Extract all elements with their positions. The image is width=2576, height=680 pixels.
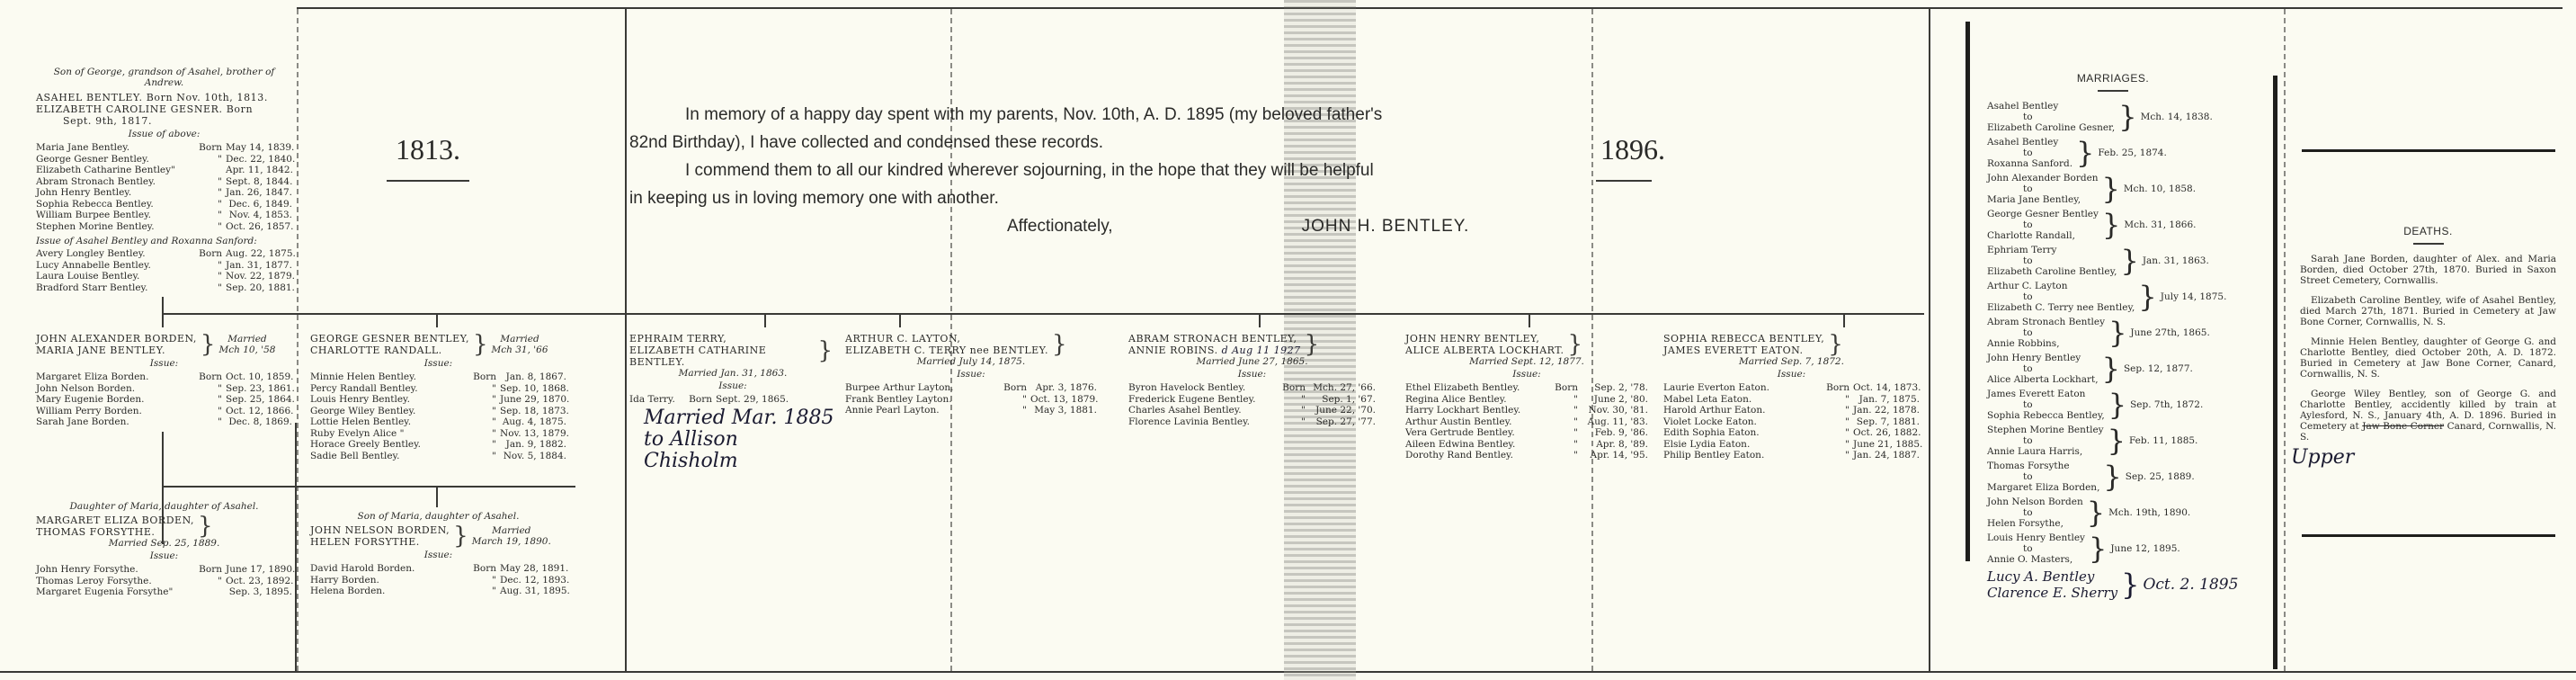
list-item: Lucy Annabelle Bentley."Jan. 31, 1877. bbox=[36, 260, 292, 272]
list-item: John Henry Bentley."Jan. 26, 1847. bbox=[36, 187, 292, 199]
issue-heading: Issue: bbox=[36, 550, 292, 561]
deaths-title: DEATHS. bbox=[2300, 225, 2556, 237]
brace-icon: } bbox=[2120, 247, 2138, 274]
list-item: Arthur Austin Bentley."Aug. 11, '83. bbox=[1405, 416, 1648, 428]
list-item: George Gesner Bentley."Dec. 22, 1840. bbox=[36, 154, 292, 166]
marriage-entry: James Everett EatontoSophia Rebecca Bent… bbox=[1987, 389, 2275, 421]
brace-icon: } bbox=[1567, 334, 1582, 355]
list-item: Harry Lockhart Bentley."Nov. 30, '81. bbox=[1405, 405, 1648, 416]
husband-name: ABRAM STRONACH BENTLEY, bbox=[1128, 333, 1301, 344]
death-entry: Elizabeth Caroline Bentley, wife of Asah… bbox=[2300, 295, 2556, 327]
list-item: Elsie Lydia Eaton."June 21, 1885. bbox=[1663, 439, 1920, 451]
brace-icon: } bbox=[2138, 283, 2156, 310]
issue-heading: Issue: bbox=[310, 358, 566, 369]
handwritten-name-b: Clarence E. Sherry bbox=[1987, 585, 2117, 601]
married-label: Married bbox=[218, 334, 275, 344]
wife-name: HELEN FORSYTHE. bbox=[310, 536, 450, 548]
husband-name: SOPHIA REBECCA BENTLEY, bbox=[1663, 333, 1824, 344]
root-line1: ASAHEL BENTLEY. Born Nov. 10th, 1813. bbox=[36, 92, 292, 103]
couple-heading: JOHN HENRY BENTLEY,ALICE ALBERTA LOCKHAR… bbox=[1405, 333, 1648, 356]
married-line: Married Sept. 12, 1877. bbox=[1405, 356, 1648, 367]
list-item: Philip Bentley Eaton."Jan. 24, 1887. bbox=[1663, 450, 1920, 461]
list-item: Lottie Helen Bentley."Aug. 4, 1875. bbox=[310, 416, 566, 428]
family-john-henry: JOHN HENRY BENTLEY,ALICE ALBERTA LOCKHAR… bbox=[1405, 333, 1648, 461]
list-item: George Wiley Bentley."Sep. 18, 1873. bbox=[310, 406, 566, 417]
list-item: Vera Gertrude Bentley."Feb. 9, '86. bbox=[1405, 427, 1648, 439]
brace-icon: } bbox=[2108, 319, 2126, 346]
marriage-entry: Louis Henry BentleytoAnnie O. Masters,}J… bbox=[1987, 532, 2275, 565]
married-date: Mch 31, '66 bbox=[492, 344, 548, 355]
tree-connector-borden-children bbox=[162, 486, 301, 488]
couple-heading: EPHRAIM TERRY,ELIZABETH CATHARINE BENTLE… bbox=[629, 333, 836, 368]
root-family-block: Son of George, grandson of Asahel, broth… bbox=[36, 67, 292, 293]
family-eaton: SOPHIA REBECCA BENTLEY,JAMES EVERETT EAT… bbox=[1663, 333, 1920, 461]
list-item: Percy Randall Bentley."Sep. 10, 1868. bbox=[310, 383, 566, 395]
couple-heading: MARGARET ELIZA BORDEN,THOMAS FORSYTHE. } bbox=[36, 514, 292, 538]
handwritten-note: Married Mar. 1885 to Allison Chisholm bbox=[629, 407, 836, 472]
issue-heading: Issue: bbox=[36, 358, 292, 369]
list-item: Avery Longley Bentley.BornAug. 22, 1875. bbox=[36, 248, 292, 260]
couple-heading: SOPHIA REBECCA BENTLEY,JAMES EVERETT EAT… bbox=[1663, 333, 1920, 356]
handwritten-correction: Upper bbox=[2291, 446, 2556, 469]
brace-icon: } bbox=[2087, 499, 2105, 526]
married-label: Married bbox=[492, 334, 548, 344]
marriages-panel: MARRIAGES. Asahel BentleytoElizabeth Car… bbox=[1987, 72, 2275, 604]
brace-icon: } bbox=[2102, 211, 2120, 238]
husband-name: JOHN NELSON BORDEN, bbox=[310, 524, 450, 536]
wife-name: CHARLOTTE RANDALL. bbox=[310, 344, 469, 356]
list-item: Frank Bentley Layton."Oct. 13, 1879. bbox=[845, 394, 1097, 406]
issue-heading: Issue: bbox=[1405, 369, 1648, 380]
married-line: Married Jan. 31, 1863. bbox=[629, 368, 836, 379]
family-forsythe: Daughter of Maria, daughter of Asahel. M… bbox=[36, 501, 292, 598]
marriages-left-rule-lower bbox=[1965, 282, 1970, 561]
brace-icon: } bbox=[2108, 427, 2126, 454]
list-item: Dorothy Rand Bentley."Apr. 14, '95. bbox=[1405, 450, 1648, 461]
issue-heading: Issue: bbox=[845, 369, 1097, 380]
list-item: Horace Greely Bentley."Jan. 9, 1882. bbox=[310, 439, 566, 451]
marriage-entry: Stephen Morine BentleytoAnnie Laura Harr… bbox=[1987, 425, 2275, 457]
root-issue2-heading: Issue of Asahel Bentley and Roxanna Sanf… bbox=[36, 236, 292, 246]
family-terry: EPHRAIM TERRY,ELIZABETH CATHARINE BENTLE… bbox=[629, 333, 836, 472]
list-item: Aileen Edwina Bentley."Apr. 8, '89. bbox=[1405, 439, 1648, 451]
handwritten-date: Oct. 2. 1895 bbox=[2143, 576, 2238, 594]
husband-name: EPHRAIM TERRY, bbox=[629, 333, 814, 344]
list-item: Harold Arthur Eaton."Jan. 22, 1878. bbox=[1663, 405, 1920, 416]
list-item: Margaret Eugenia Forsythe"Sep. 3, 1895. bbox=[36, 586, 292, 598]
brace-icon: } bbox=[2076, 139, 2094, 166]
married-date: Mch 10, '58 bbox=[218, 344, 275, 355]
death-entry: George Wiley Bentley, son of George G. a… bbox=[2300, 389, 2556, 443]
family-george-gesner: GEORGE GESNER BENTLEY,CHARLOTTE RANDALL.… bbox=[310, 333, 566, 461]
root-issue2-list: Avery Longley Bentley.BornAug. 22, 1875.… bbox=[36, 248, 292, 293]
list-item: William Perry Borden."Oct. 12, 1866. bbox=[36, 406, 292, 417]
list-item: Mary Eugenie Borden."Sep. 25, 1864. bbox=[36, 394, 292, 406]
memorial-left-border bbox=[625, 9, 627, 671]
marriage-entry: Ephriam TerrytoElizabeth Caroline Bentle… bbox=[1987, 245, 2275, 277]
husband-name: GEORGE GESNER BENTLEY, bbox=[310, 333, 469, 344]
list-item: Harry Borden."Dec. 12, 1893. bbox=[310, 575, 566, 586]
brace-icon: } bbox=[1305, 334, 1320, 355]
brace-icon: } bbox=[1828, 334, 1843, 355]
tree-connector-borden-side bbox=[295, 423, 297, 671]
couple-heading: ABRAM STRONACH BENTLEY,ANNIE ROBINS. d A… bbox=[1128, 333, 1376, 356]
brace-icon: } bbox=[2102, 355, 2120, 382]
marriage-entry: John Henry BentleytoAlice Alberta Lockha… bbox=[1987, 353, 2275, 385]
struck-text: Jaw Bone Corner bbox=[2362, 421, 2444, 432]
list-item: Annie Pearl Layton."May 3, 1881. bbox=[845, 405, 1097, 416]
tree-connector-layton bbox=[899, 313, 901, 327]
memorial-line3: I commend them to all our kindred wherev… bbox=[629, 157, 1924, 184]
brace-icon: } bbox=[2089, 535, 2107, 562]
tree-connector-terry bbox=[764, 313, 766, 327]
grandchild-caption: Son of Maria, daughter of Asahel. bbox=[310, 511, 566, 522]
marriage-entry-handwritten: Lucy A. BentleyClarence E. Sherry } Oct.… bbox=[1987, 568, 2275, 601]
tree-connector-main bbox=[162, 313, 1924, 315]
wife-name: ELIZABETH C. TERRY nee BENTLEY. bbox=[845, 344, 1048, 356]
brace-icon: } bbox=[198, 515, 213, 537]
list-item: Violet Locke Eaton."Sep. 7, 1881. bbox=[1663, 416, 1920, 428]
tree-connector-borden bbox=[162, 313, 164, 327]
deaths-panel: DEATHS. Sarah Jane Borden, daughter of A… bbox=[2300, 225, 2556, 469]
list-item: Florence Lavinia Bentley."Sep. 27, '77. bbox=[1128, 416, 1376, 428]
deaths-title-rule bbox=[2413, 243, 2444, 245]
wife-name: MARIA JANE BENTLEY. bbox=[36, 344, 197, 356]
list-item: Sophia Rebecca Bentley."Dec. 6, 1849. bbox=[36, 199, 292, 210]
list-item: Sarah Jane Borden."Dec. 8, 1869. bbox=[36, 416, 292, 428]
brace-icon: } bbox=[1052, 334, 1067, 355]
handwritten-line1: Married Mar. 1885 bbox=[644, 407, 836, 429]
marriage-entry: John Alexander BordentoMaria Jane Bentle… bbox=[1987, 173, 2275, 205]
list-item: Thomas Leroy Forsythe."Oct. 23, 1892. bbox=[36, 576, 292, 587]
fold-line-1 bbox=[297, 9, 299, 671]
memorial-signature: JOHN H. BENTLEY. bbox=[1302, 212, 1470, 240]
married-date: March 19, 1890. bbox=[472, 536, 551, 547]
married-line: Married Sep. 7, 1872. bbox=[1663, 356, 1920, 367]
husband-name: ARTHUR C. LAYTON, bbox=[845, 333, 1048, 344]
wife-name: JAMES EVERETT EATON. bbox=[1663, 344, 1824, 356]
root-issue-list: Maria Jane Bentley.BornMay 14, 1839. Geo… bbox=[36, 142, 292, 232]
memorial-line1: In memory of a happy day spent with my p… bbox=[629, 101, 1924, 129]
list-item: Margaret Eliza Borden.BornOct. 10, 1859. bbox=[36, 371, 292, 383]
wife-name: ALICE ALBERTA LOCKHART. bbox=[1405, 344, 1564, 356]
death-entry: Sarah Jane Borden, daughter of Alex. and… bbox=[2300, 254, 2556, 286]
tree-connector-nelson-down bbox=[436, 486, 438, 507]
list-item: Sadie Bell Bentley."Nov. 5, 1884. bbox=[310, 451, 566, 462]
death-entry: Minnie Helen Bentley, daughter of George… bbox=[2300, 336, 2556, 380]
list-item: Charles Asahel Bentley."June 22, '70. bbox=[1128, 405, 1376, 416]
memorial-line4: in keeping us in loving memory one with … bbox=[629, 184, 1924, 212]
list-item: David Harold Borden.BornMay 28, 1891. bbox=[310, 563, 566, 575]
list-item: Abram Stronach Bentley."Sept. 8, 1844. bbox=[36, 176, 292, 188]
list-item: Regina Alice Bentley."June 2, '80. bbox=[1405, 394, 1648, 406]
husband-name: JOHN ALEXANDER BORDEN, bbox=[36, 333, 197, 344]
brace-icon: } bbox=[2108, 391, 2126, 418]
start-year: 1813. bbox=[396, 133, 460, 166]
brace-icon: } bbox=[2118, 103, 2136, 130]
handwritten-line2: to Allison Chisholm bbox=[644, 429, 836, 472]
list-item: Burpee Arthur Layton.BornApr. 3, 1876. bbox=[845, 382, 1097, 394]
list-item: Stephen Morine Bentley."Oct. 26, 1857. bbox=[36, 221, 292, 233]
husband-name: JOHN HENRY BENTLEY, bbox=[1405, 333, 1564, 344]
list-item: Frederick Eugene Bentley."Sep. 1, '67. bbox=[1128, 394, 1376, 406]
couple-heading: JOHN ALEXANDER BORDEN,MARIA JANE BENTLEY… bbox=[36, 333, 292, 356]
tree-connector-root bbox=[162, 297, 164, 313]
marriages-title-rule bbox=[2098, 90, 2128, 92]
list-item: Ida Terry.BornSept. 29, 1865. bbox=[629, 394, 782, 406]
list-item: Mabel Leta Eaton."Jan. 7, 1875. bbox=[1663, 394, 1920, 406]
family-layton: ARTHUR C. LAYTON,ELIZABETH C. TERRY nee … bbox=[845, 333, 1097, 416]
handwritten-death-note: d Aug 11 1927 bbox=[1222, 344, 1301, 356]
wife-name: THOMAS FORSYTHE. bbox=[36, 526, 194, 538]
right-panel-border bbox=[1929, 9, 1930, 671]
tree-connector-john-henry bbox=[1529, 313, 1530, 327]
handwritten-name-a: Lucy A. Bentley bbox=[1987, 568, 2117, 585]
brace-icon: } bbox=[201, 334, 216, 355]
start-year-underline bbox=[387, 180, 469, 182]
marriage-entry: George Gesner BentleytoCharlotte Randall… bbox=[1987, 209, 2275, 241]
list-item: John Henry Forsythe.BornJune 17, 1890. bbox=[36, 564, 292, 576]
list-item: Maria Jane Bentley.BornMay 14, 1839. bbox=[36, 142, 292, 154]
brace-icon: } bbox=[453, 525, 468, 547]
list-item: Edith Sophia Eaton."Oct. 26, 1882. bbox=[1663, 427, 1920, 439]
tree-connector-gesner bbox=[436, 313, 438, 327]
marriage-entry: Asahel BentleytoRoxanna Sanford.}Feb. 25… bbox=[1987, 137, 2275, 169]
marriage-entry: Arthur C. LaytontoElizabeth C. Terry nee… bbox=[1987, 281, 2275, 313]
couple-heading: ARTHUR C. LAYTON,ELIZABETH C. TERRY nee … bbox=[845, 333, 1097, 356]
list-item: Bradford Starr Bentley."Sep. 20, 1881. bbox=[36, 282, 292, 294]
memorial-line2: 82nd Birthday), I have collected and con… bbox=[629, 129, 1924, 157]
couple-heading: GEORGE GESNER BENTLEY,CHARLOTTE RANDALL.… bbox=[310, 333, 566, 356]
issue-heading: Issue: bbox=[629, 380, 836, 391]
marriage-entry: Thomas ForsythetoMargaret Eliza Borden,}… bbox=[1987, 461, 2275, 493]
list-item: Helena Borden."Aug. 31, 1895. bbox=[310, 586, 566, 597]
marriages-left-rule bbox=[1965, 22, 1970, 282]
list-item: Byron Havelock Bentley.BornMch. 27, '66. bbox=[1128, 382, 1376, 394]
issue-heading: Issue: bbox=[1663, 369, 1920, 380]
deaths-bottom-rule bbox=[2302, 534, 2555, 537]
tree-connector-sophia bbox=[1843, 313, 1845, 327]
brace-icon: } bbox=[473, 334, 488, 355]
family-abram-stronach: ABRAM STRONACH BENTLEY,ANNIE ROBINS. d A… bbox=[1128, 333, 1376, 427]
marriage-entry: John Nelson BordentoHelen Forsythe,}Mch.… bbox=[1987, 497, 2275, 529]
marriages-title: MARRIAGES. bbox=[1987, 72, 2275, 85]
list-item: Laura Louise Bentley."Nov. 22, 1879. bbox=[36, 271, 292, 282]
list-item: Minnie Helen Bentley.BornJan. 8, 1867. bbox=[310, 371, 566, 383]
husband-name: MARGARET ELIZA BORDEN, bbox=[36, 514, 194, 526]
root-caption: Son of George, grandson of Asahel, broth… bbox=[36, 67, 292, 88]
couple-heading: JOHN NELSON BORDEN,HELEN FORSYTHE. } Mar… bbox=[310, 524, 566, 548]
marriage-entry: Abram Stronach BentleytoAnnie Robbins,}J… bbox=[1987, 317, 2275, 349]
tree-connector-abram bbox=[1259, 313, 1261, 327]
family-john-nelson-borden: Son of Maria, daughter of Asahel. JOHN N… bbox=[310, 511, 566, 597]
list-item: John Nelson Borden."Sep. 23, 1861. bbox=[36, 383, 292, 395]
list-item: Laurie Everton Eaton.BornOct. 14, 1873. bbox=[1663, 382, 1920, 394]
deaths-top-rule bbox=[2302, 149, 2555, 152]
issue-heading: Issue: bbox=[310, 550, 566, 560]
fold-line-4 bbox=[2284, 9, 2286, 671]
marriage-entry: Asahel BentleytoElizabeth Caroline Gesne… bbox=[1987, 101, 2275, 133]
brace-icon: } bbox=[817, 340, 833, 362]
memorial-closing: Affectionately, bbox=[1007, 212, 1113, 240]
brace-icon: } bbox=[2121, 571, 2139, 598]
married-label: Married bbox=[472, 525, 551, 536]
list-item: Elizabeth Catharine Bentley"Apr. 11, 184… bbox=[36, 165, 292, 176]
root-issue-heading: Issue of above: bbox=[36, 129, 292, 139]
wife-name: ANNIE ROBINS. bbox=[1128, 344, 1218, 356]
list-item: Ruby Evelyn Alice ""Nov. 13, 1879. bbox=[310, 428, 566, 440]
married-line: Married Sep. 25, 1889. bbox=[36, 538, 292, 549]
list-item: Ethel Elizabeth Bentley.BornSep. 2, '78. bbox=[1405, 382, 1648, 394]
grandchild-caption: Daughter of Maria, daughter of Asahel. bbox=[36, 501, 292, 512]
root-line2: ELIZABETH CAROLINE GESNER. Born bbox=[36, 103, 292, 115]
wife-name: ELIZABETH CATHARINE BENTLEY. bbox=[629, 344, 814, 368]
list-item: Louis Henry Bentley."June 29, 1870. bbox=[310, 394, 566, 406]
list-item: William Burpee Bentley."Nov. 4, 1853. bbox=[36, 210, 292, 221]
brace-icon: } bbox=[2102, 175, 2120, 202]
family-borden: JOHN ALEXANDER BORDEN,MARIA JANE BENTLEY… bbox=[36, 333, 292, 428]
memorial-text: In memory of a happy day spent with my p… bbox=[629, 101, 1924, 240]
root-line3: Sept. 9th, 1817. bbox=[36, 115, 292, 127]
top-border bbox=[297, 7, 2563, 9]
married-line: Married June 27, 1865. bbox=[1128, 356, 1376, 367]
issue-heading: Issue: bbox=[1128, 369, 1376, 380]
brace-icon: } bbox=[2103, 463, 2121, 490]
